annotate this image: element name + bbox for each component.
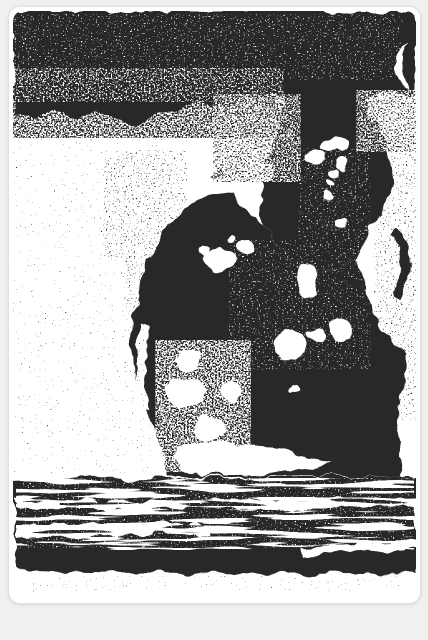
photo-card bbox=[8, 6, 421, 604]
threshold-photo-image bbox=[13, 11, 416, 599]
page: { "page": { "background_color": "#f0f0f0… bbox=[0, 0, 428, 640]
photo-frame bbox=[13, 11, 416, 599]
